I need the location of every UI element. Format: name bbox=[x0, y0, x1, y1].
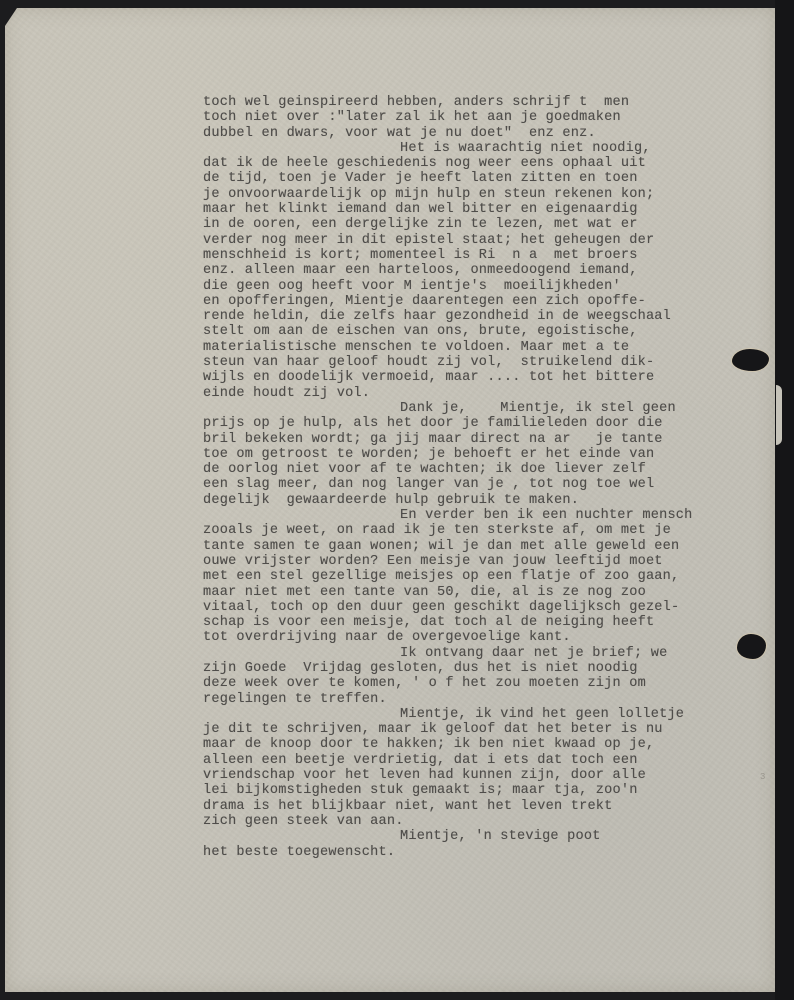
text-line: tot overdrijving naar de overgevoelige k… bbox=[203, 630, 743, 645]
text-line: in de ooren, een dergelijke zin te lezen… bbox=[203, 217, 743, 232]
text-line: een slag meer, dan nog langer van je , t… bbox=[203, 477, 743, 492]
text-line: en opofferingen, Mientje daarentegen een… bbox=[203, 294, 743, 309]
text-line: menschheid is kort; momenteel is Ri n a … bbox=[203, 248, 743, 263]
text-line: enz. alleen maar een harteloos, onmeedoo… bbox=[203, 263, 743, 278]
text-line: prijs op je hulp, als het door je famili… bbox=[203, 416, 743, 431]
text-line: einde houdt zij vol. bbox=[203, 386, 743, 401]
text-line: Dank je, Mientje, ik stel geen bbox=[203, 401, 743, 416]
text-line: rende heldin, die zelfs haar gezondheid … bbox=[203, 309, 743, 324]
text-line: de tijd, toen je Vader je heeft laten zi… bbox=[203, 171, 743, 186]
text-line: Het is waarachtig niet noodig, bbox=[203, 141, 743, 156]
text-line: regelingen te treffen. bbox=[203, 692, 743, 707]
margin-mark: 3 bbox=[760, 772, 765, 782]
text-line: wijls en doodelijk vermoeid, maar .... t… bbox=[203, 370, 743, 385]
text-line: bril bekeken wordt; ga jij maar direct n… bbox=[203, 432, 743, 447]
text-line: zijn Goede Vrijdag gesloten, dus het is … bbox=[203, 661, 743, 676]
text-line: degelijk gewaardeerde hulp gebruik te ma… bbox=[203, 493, 743, 508]
text-line: je dit te schrijven, maar ik geloof dat … bbox=[203, 722, 743, 737]
text-line: dat ik de heele geschiedenis nog weer ee… bbox=[203, 156, 743, 171]
text-line: maar niet met een tante van 50, die, al … bbox=[203, 585, 743, 600]
text-line: toch niet over :"later zal ik het aan je… bbox=[203, 110, 743, 125]
text-line: met een stel gezellige meisjes op een fl… bbox=[203, 569, 743, 584]
text-line: ouwe vrijster worden? Een meisje van jou… bbox=[203, 554, 743, 569]
text-line: je onvoorwaardelijk op mijn hulp en steu… bbox=[203, 187, 743, 202]
text-line: toe om getroost te worden; je behoeft er… bbox=[203, 447, 743, 462]
text-line: zich geen steek van aan. bbox=[203, 814, 743, 829]
scan-background-edge bbox=[775, 0, 794, 1000]
text-line: Mientje, ik vind het geen lolletje bbox=[203, 707, 743, 722]
text-line: Ik ontvang daar net je brief; we bbox=[203, 646, 743, 661]
text-line: alleen een beetje verdrietig, dat i ets … bbox=[203, 753, 743, 768]
text-line: de oorlog niet voor af te wachten; ik do… bbox=[203, 462, 743, 477]
text-line: maar de knoop door te hakken; ik ben nie… bbox=[203, 737, 743, 752]
text-line: het beste toegewenscht. bbox=[203, 845, 743, 860]
paper-edge-bulge bbox=[776, 385, 782, 445]
text-line: dubbel en dwars, voor wat je nu doet" en… bbox=[203, 126, 743, 141]
text-line: toch wel geinspireerd hebben, anders sch… bbox=[203, 95, 743, 110]
text-line: verder nog meer in dit epistel staat; he… bbox=[203, 233, 743, 248]
text-line: vriendschap voor het leven had kunnen zi… bbox=[203, 768, 743, 783]
scanned-page: toch wel geinspireerd hebben, anders sch… bbox=[0, 0, 794, 1000]
text-line: Mientje, 'n stevige poot bbox=[203, 829, 743, 844]
typewritten-letter-body: toch wel geinspireerd hebben, anders sch… bbox=[203, 95, 743, 860]
text-line: En verder ben ik een nuchter mensch bbox=[203, 508, 743, 523]
text-line: vitaal, toch op den duur geen geschikt d… bbox=[203, 600, 743, 615]
text-line: die geen oog heeft voor M ientje's moeil… bbox=[203, 279, 743, 294]
text-line: lei bijkomstigheden stuk gemaakt is; maa… bbox=[203, 783, 743, 798]
text-line: schap is voor een meisje, dat toch al de… bbox=[203, 615, 743, 630]
text-line: tante samen te gaan wonen; wil je dan me… bbox=[203, 539, 743, 554]
text-line: materialistische menschen te voldoen. Ma… bbox=[203, 340, 743, 355]
text-line: zooals je weet, on raad ik je ten sterks… bbox=[203, 523, 743, 538]
text-line: deze week over te komen, ' o f het zou m… bbox=[203, 676, 743, 691]
text-line: steun van haar geloof houdt zij vol, str… bbox=[203, 355, 743, 370]
text-line: stelt om aan de eischen van ons, brute, … bbox=[203, 324, 743, 339]
text-line: drama is het blijkbaar niet, want het le… bbox=[203, 799, 743, 814]
text-line: maar het klinkt iemand dan wel bitter en… bbox=[203, 202, 743, 217]
